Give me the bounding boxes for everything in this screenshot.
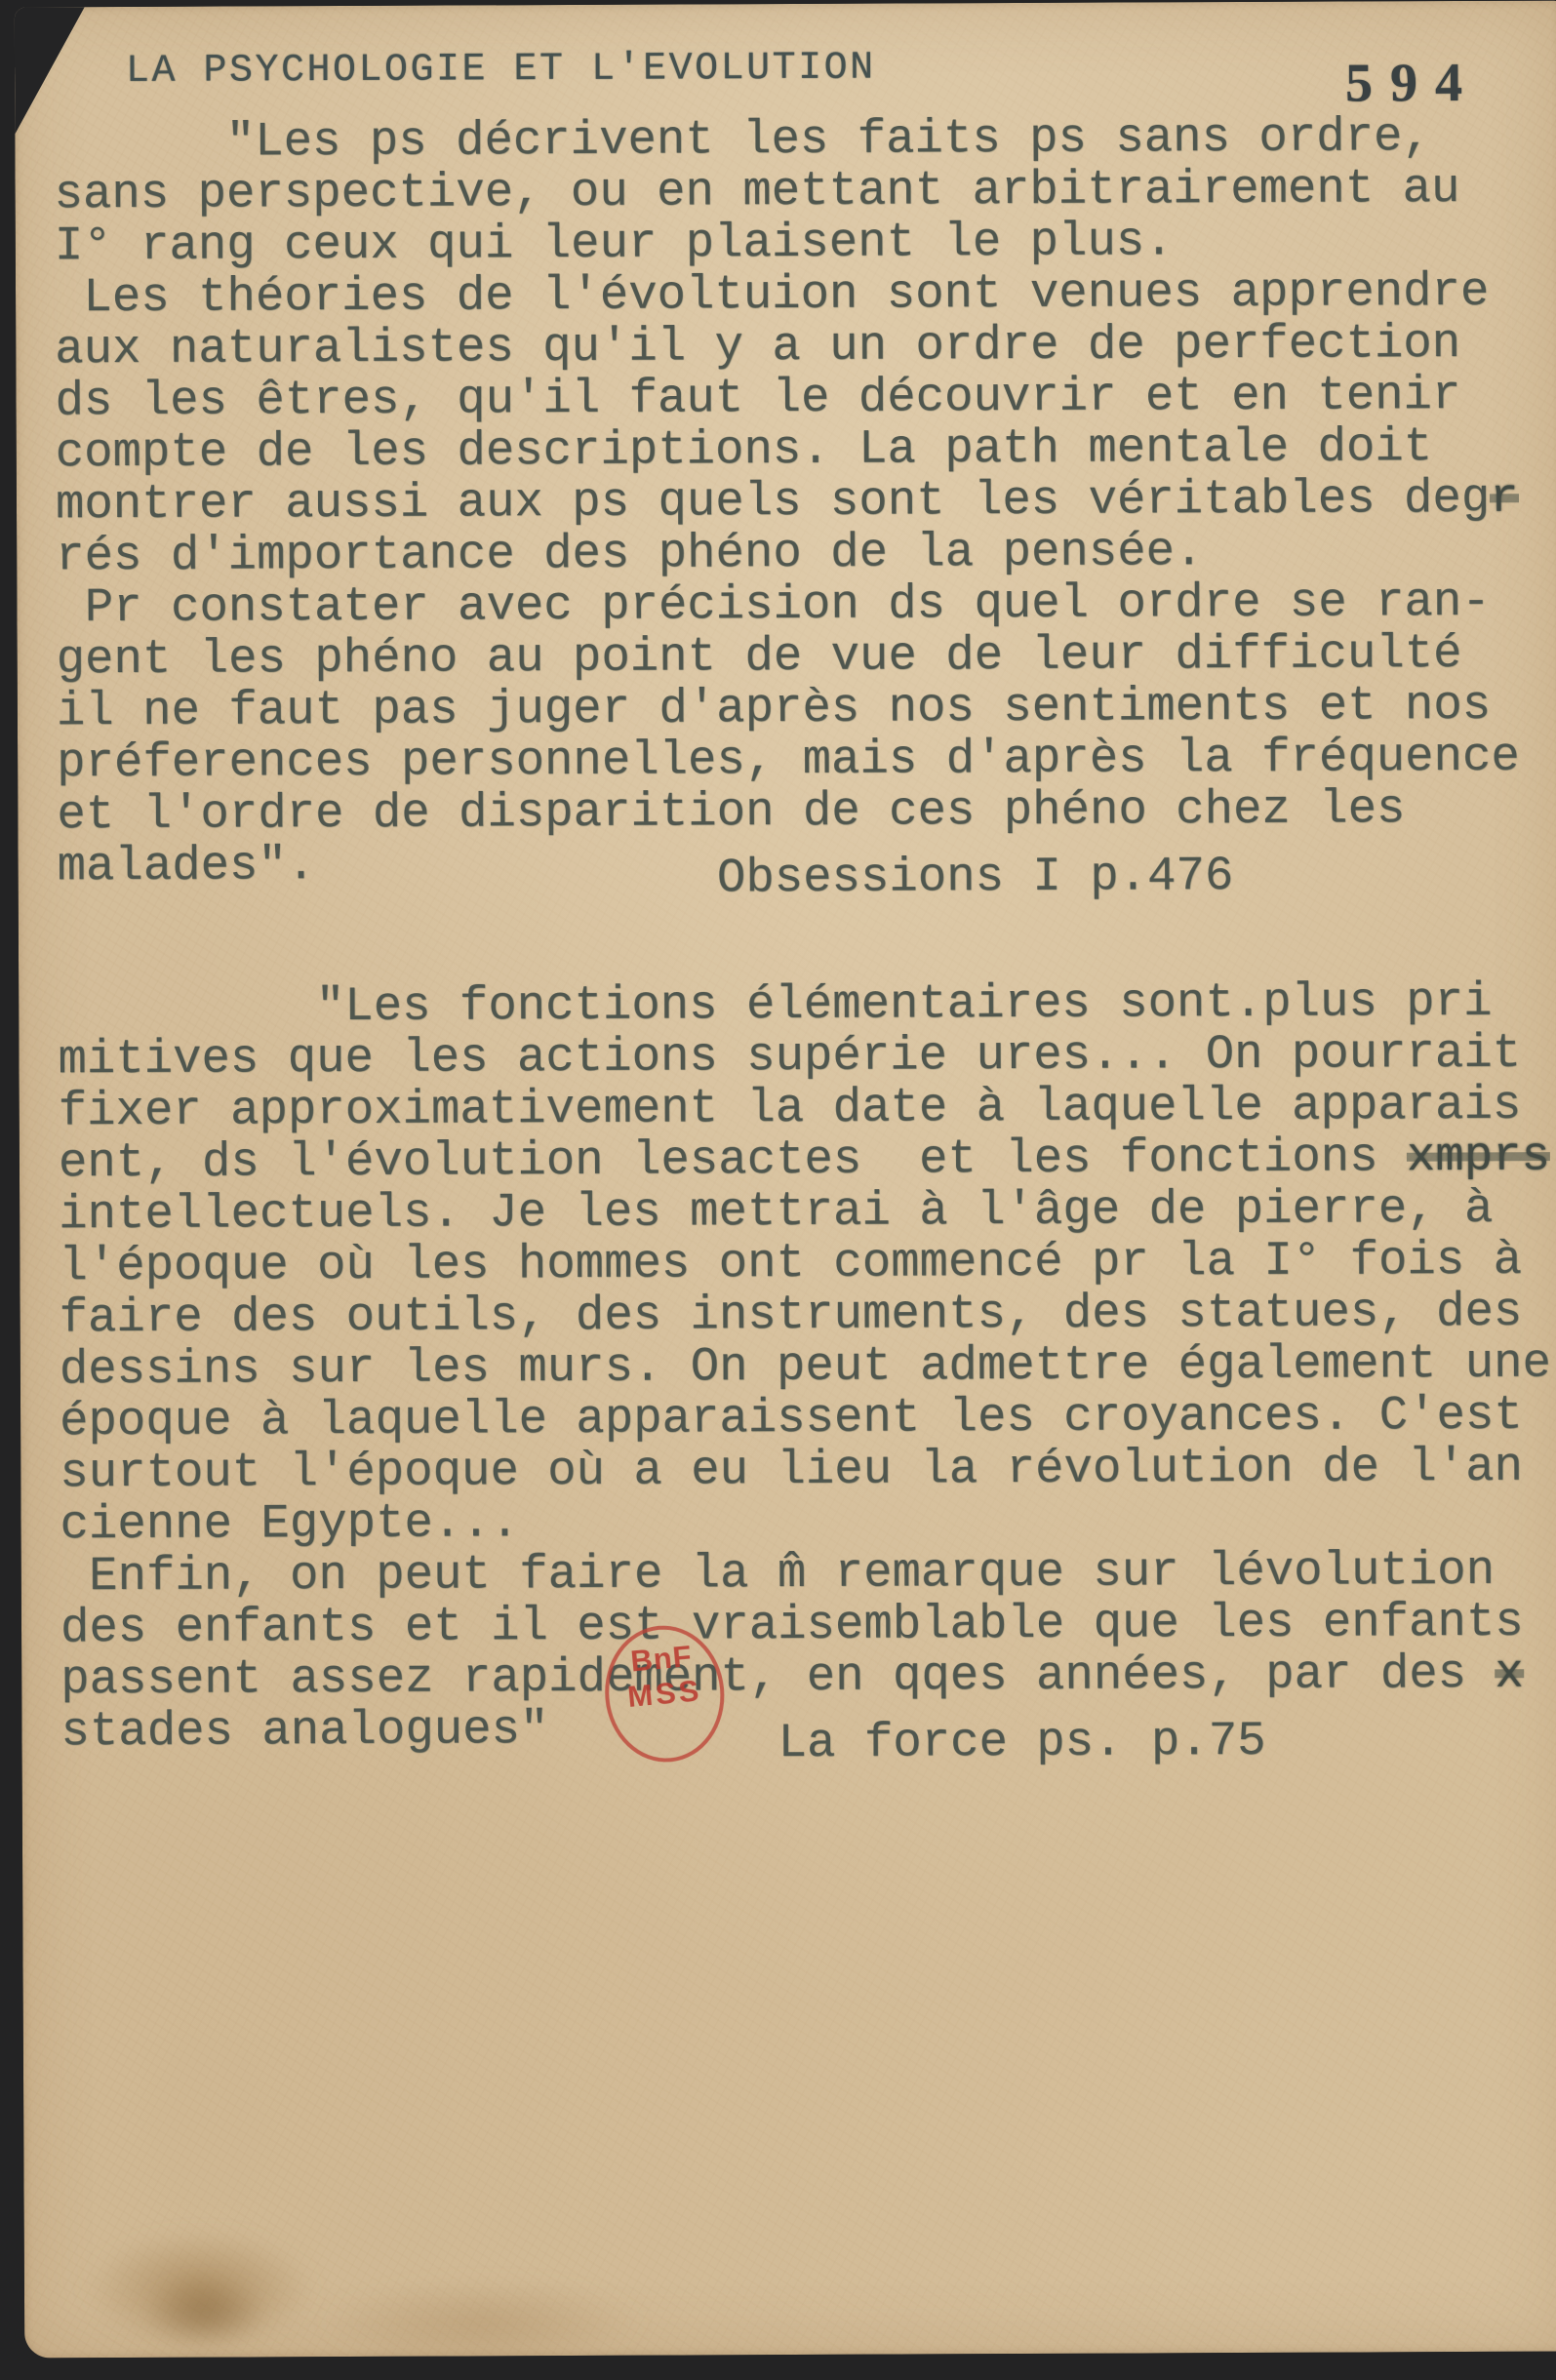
text-line: faire des outils, des instruments, des s… (60, 1287, 1556, 1345)
text-line: "Les fonctions élémentaires sont.plus pr… (58, 976, 1556, 1035)
text-line: des enfants et il est vraisemblable que … (60, 1597, 1556, 1655)
text-line: cienne Egypte... (60, 1493, 1556, 1552)
struck-out-text: r (1490, 471, 1519, 526)
document-title: LA PSYCHOLOGIE ET L'EVOLUTION (126, 44, 1556, 94)
line-text: passent assez rapidement, en qqes années… (60, 1646, 1495, 1707)
struck-out-text: xmprs (1407, 1130, 1550, 1185)
text-line: sans perspective, ou en mettant arbitrai… (54, 163, 1556, 221)
text-line: intellectuels. Je les mettrai à l'âge de… (59, 1183, 1556, 1242)
text-line: époque à laquelle apparaissent les croya… (60, 1390, 1556, 1448)
line-text: "Les ps décrivent les faits ps sans ordr… (54, 109, 1431, 170)
text-line: "Les ps décrivent les faits ps sans ordr… (54, 111, 1556, 170)
text-line: Enfin, on peut faire la m̂ remarque sur … (60, 1545, 1556, 1604)
line-text: malades". (57, 838, 315, 893)
paragraphs: "Les ps décrivent les faits ps sans ordr… (54, 111, 1556, 1759)
citation: Obsessions I p.476 (717, 849, 1234, 905)
line-text: cienne Egypte... (60, 1495, 519, 1552)
citation-gap (315, 876, 717, 878)
text-line: il ne faut pas juger d'après nos sentime… (57, 680, 1556, 738)
text-line: dessins sur les murs. On peut admettre é… (60, 1338, 1556, 1397)
text-line: montrer aussi aux ps quels sont les véri… (56, 473, 1556, 532)
line-text: gent les phéno au point de vue de leur d… (57, 626, 1462, 687)
text-line: fixer approximativement la date à laquel… (59, 1080, 1556, 1138)
text-line: stades analogues"La force ps. p.75 (60, 1700, 1556, 1759)
text-line: ent, ds l'évolution lesactes et les fonc… (59, 1131, 1556, 1190)
text-line: ds les êtres, qu'il faut le découvrir et… (55, 370, 1556, 428)
text-line: gent les phéno au point de vue de leur d… (57, 628, 1556, 687)
line-text: ds les êtres, qu'il faut le découvrir et… (55, 368, 1460, 428)
text-line: l'époque où les hommes ont commencé pr l… (59, 1235, 1556, 1293)
line-text: compte de les descriptions. La path ment… (56, 419, 1433, 480)
struck-out-text: x (1495, 1646, 1524, 1701)
text-line: mitives que les actions supérie ures... … (58, 1028, 1556, 1087)
line-text: stades analogues" (60, 1702, 548, 1759)
line-text: aux naturalistes qu'il y a un ordre de p… (55, 316, 1460, 377)
document-content: 594 LA PSYCHOLOGIE ET L'EVOLUTION "Les p… (15, 1, 1556, 2359)
text-line: malades".Obsessions I p.476 (57, 835, 1556, 893)
text-line: et l'ordre de disparition de ces phéno c… (57, 783, 1556, 842)
text-line: surtout l'époque où a eu lieu la révolut… (60, 1442, 1556, 1500)
text-line: compte de les descriptions. La path ment… (56, 421, 1556, 480)
text-line: I° rang ceux qui leur plaisent le plus. (55, 215, 1556, 273)
text-line: Pr constater avec précision ds quel ordr… (56, 576, 1556, 635)
line-text: I° rang ceux qui leur plaisent le plus. (55, 214, 1174, 273)
line-text: et l'ordre de disparition de ces phéno c… (57, 781, 1405, 842)
line-text: sans perspective, ou en mettant arbitrai… (54, 161, 1459, 221)
line-text: ent, ds l'évolution lesactes et les fonc… (59, 1130, 1407, 1190)
text-line: aux naturalistes qu'il y a un ordre de p… (55, 318, 1556, 377)
paragraph: "Les fonctions élémentaires sont.plus pr… (58, 976, 1556, 1759)
paper: 594 LA PSYCHOLOGIE ET L'EVOLUTION "Les p… (15, 1, 1556, 2359)
paper-stain (141, 2279, 268, 2348)
line-text: surtout l'époque où a eu lieu la révolut… (60, 1440, 1523, 1501)
paragraph: "Les ps décrivent les faits ps sans ordr… (54, 111, 1556, 893)
text-line: préferences personnelles, mais d'après l… (57, 732, 1556, 790)
text-line: rés d'importance des phéno de la pensée. (56, 525, 1556, 583)
scan-background: { "page_number": "594", "title": "LA PSY… (0, 0, 1556, 2380)
line-text: montrer aussi aux ps quels sont les véri… (56, 471, 1490, 532)
text-line: passent assez rapidement, en qqes années… (60, 1648, 1556, 1707)
citation: La force ps. p.75 (778, 1714, 1266, 1770)
text-line: Les théories de l'évoltuion sont venues … (55, 266, 1556, 325)
line-text: rés d'importance des phéno de la pensée. (56, 524, 1203, 583)
